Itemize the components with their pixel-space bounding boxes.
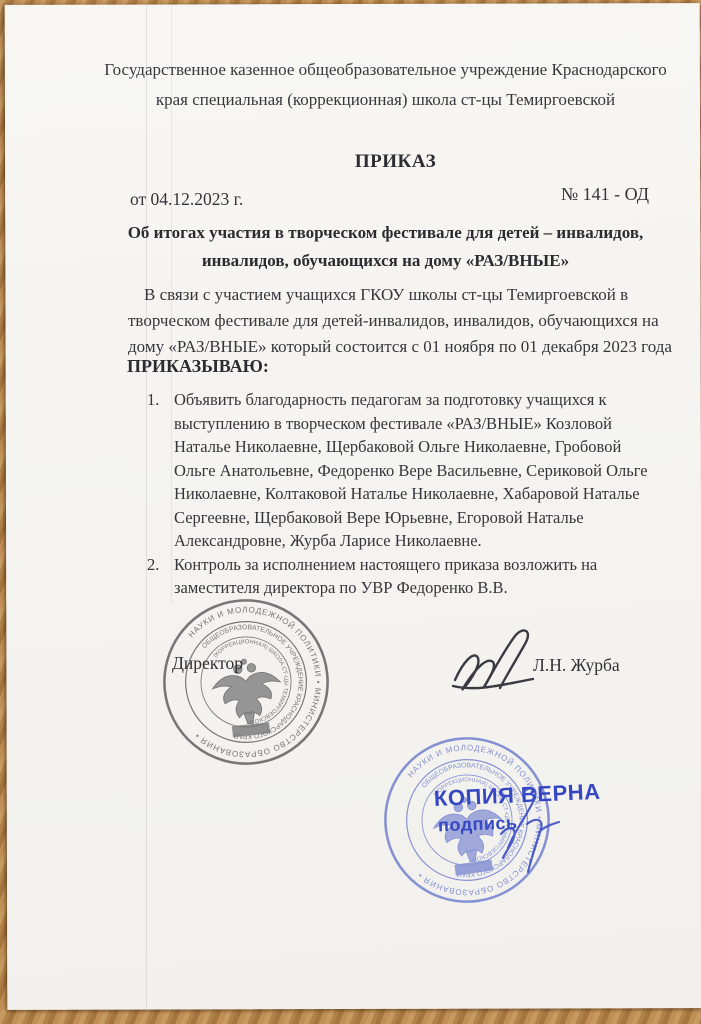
order-item-1: 1. Объявить благодарность педагогам за п… [147, 388, 662, 553]
document-number: № 141 - ОД [561, 184, 649, 205]
item-number: 1. [147, 388, 174, 553]
organization-name: Государственное казенное общеобразовател… [100, 55, 671, 115]
item-text: Контроль за исполнением настоящего прика… [174, 553, 656, 600]
official-seal-stamp: НАУКИ И МОЛОДЕЖНОЙ ПОЛИТИКИ • МИНИСТЕРСТ… [153, 589, 340, 776]
body-paragraph: В связи с участием учащихся ГКОУ школы с… [128, 282, 673, 360]
order-list: 1. Объявить благодарность педагогам за п… [147, 388, 662, 600]
scanned-document: Государственное казенное общеобразовател… [0, 0, 701, 1024]
signer-role: Директор [172, 653, 243, 674]
signer-name: Л.Н. Журба [533, 655, 620, 676]
order-item-2: 2. Контроль за исполнением настоящего пр… [147, 553, 662, 600]
item-text: Объявить благодарность педагогам за подг… [174, 388, 656, 553]
document-title: ПРИКАЗ [130, 151, 661, 173]
item-number: 2. [147, 553, 174, 600]
order-word: ПРИКАЗЫВАЮ: [127, 356, 269, 377]
document-subject: Об итогах участия в творческом фестивале… [100, 219, 671, 275]
document-date: от 04.12.2023 г. [130, 189, 243, 210]
copy-stamp-signature [493, 782, 563, 877]
director-signature [443, 622, 543, 702]
